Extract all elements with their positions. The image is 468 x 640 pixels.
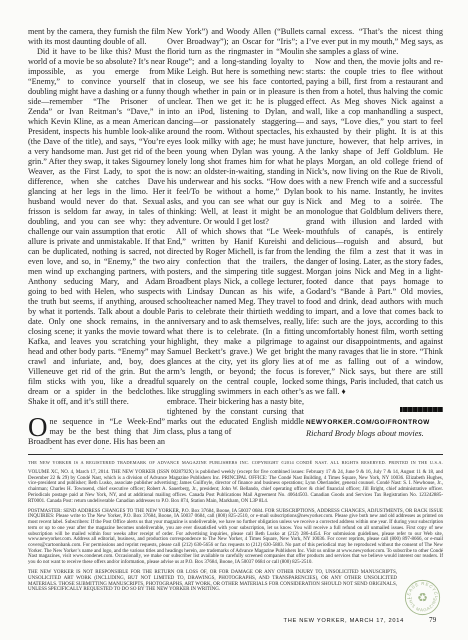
- masthead-divider-rule: [28, 454, 443, 455]
- masthead-colophon: THE NEW YORKER IS A REGISTERED TRADEMARK…: [28, 460, 443, 593]
- drop-cap: O: [28, 417, 50, 437]
- body-paragraph: Did it have to be like this? Must the wo…: [28, 47, 165, 407]
- magazine-page: ment by the camera, they furnish the fil…: [0, 0, 468, 640]
- decorative-end-bar: [400, 407, 443, 412]
- body-paragraph: ment by the camera, they furnish the fil…: [28, 27, 165, 47]
- body-paragraph: New York”) and Woody Allen (“Bullets Ove…: [167, 27, 304, 227]
- text-column-middle: New York”) and Woody Allen (“Bullets Ove…: [167, 27, 304, 449]
- recycle-symbol: ♻: [417, 591, 428, 605]
- trademark-line: THE NEW YORKER IS A REGISTERED TRADEMARK…: [28, 460, 443, 466]
- frontrow-promo-block: NEWYORKER.COM/GO/FRONTROW Richard Brody …: [306, 407, 443, 438]
- body-paragraph: Now and then, the movie jolts and re-sta…: [306, 57, 443, 397]
- promo-tagline: Richard Brody blogs about movies.: [306, 429, 443, 438]
- postmaster-paragraph: POSTMASTER: SEND ADDRESS CHANGES TO THE …: [28, 509, 443, 566]
- promo-url: NEWYORKER.COM/GO/FRONTROW: [306, 419, 443, 426]
- body-text: ne sequence in “Le Week-End” may be the …: [28, 417, 165, 449]
- body-paragraph: All of which shows that “Le Week-End,” w…: [167, 227, 304, 437]
- responsibility-paragraph: THE NEW YORKER IS NOT RESPONSIBLE FOR TH…: [28, 570, 443, 593]
- page-number: 79: [429, 616, 436, 624]
- text-column-right: carnal excess. “That’s the nicest thing …: [306, 27, 443, 405]
- footer-publication-date: THE NEW YORKER, MARCH 17, 2014: [230, 618, 404, 624]
- volume-paragraph: VOLUME XC, NO. 4, March 17, 2014. THE NE…: [28, 470, 443, 504]
- body-paragraph-dropcap: One sequence in “Le Week-End” may be the…: [28, 417, 165, 449]
- text-column-left: ment by the camera, they furnish the fil…: [28, 27, 165, 449]
- recycle-stamp-icon: PLEASE RECYCLE THIS MAGAZINE ♻: [404, 579, 441, 616]
- body-paragraph: carnal excess. “That’s the nicest thing …: [306, 27, 443, 57]
